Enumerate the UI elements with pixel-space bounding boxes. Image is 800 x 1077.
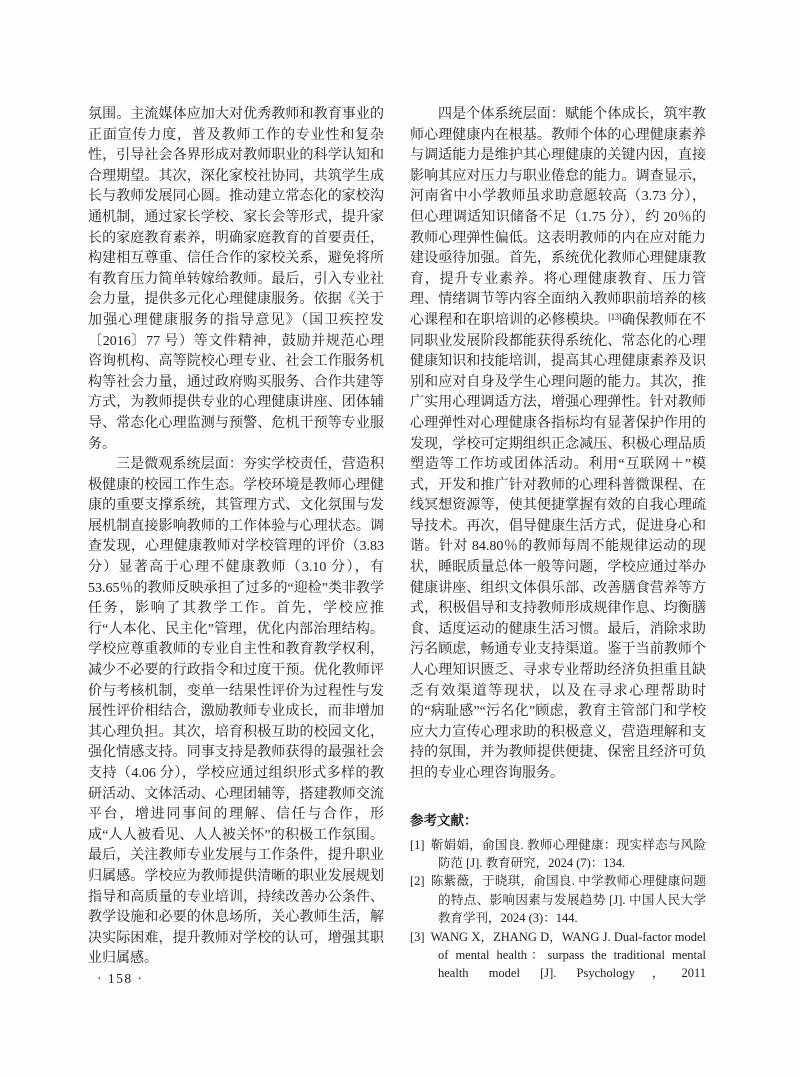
references-heading: 参考文献： bbox=[410, 812, 706, 830]
body-paragraph-individual-system: 四是个体系统层面：赋能个体成长，筑牢教师心理健康内在根基。教师个体的心理健康素养… bbox=[410, 105, 706, 785]
reference-text: 陈紫薇，于晓琪，俞国良. 中学教师心理健康问题的特点、影响因素与发展趋势 [J]… bbox=[431, 874, 706, 925]
paragraph-text-before-citation: 四是个体系统层面：赋能个体成长，筑牢教师心理健康内在根基。教师个体的心理健康素养… bbox=[410, 107, 706, 328]
reference-number: [3] bbox=[410, 930, 425, 944]
reference-number: [1] bbox=[410, 838, 425, 852]
left-column: 氛围。主流媒体应加大对优秀教师和教育事业的正面宣传力度，普及教师工作的专业性和复… bbox=[88, 105, 384, 970]
page-number: · 158 · bbox=[97, 971, 144, 987]
right-column: 四是个体系统层面：赋能个体成长，筑牢教师心理健康内在根基。教师个体的心理健康素养… bbox=[410, 105, 706, 983]
paragraph-text-after-citation: 确保教师在不同职业发展阶段都能获得系统化、常态化的心理健康知识和技能培训，提高其… bbox=[410, 313, 706, 781]
reference-item: [3]WANG X，ZHANG D，WANG J. Dual-factor mo… bbox=[410, 928, 706, 983]
body-paragraph-micro-system: 三是微观系统层面：夯实学校责任，营造积极健康的校园工作生态。学校环境是教师心理健… bbox=[88, 455, 384, 970]
reference-item: [1]靳娟娟，俞国良. 教师心理健康：现实样态与风险防范 [J]. 教育研究，2… bbox=[410, 836, 706, 873]
references-list: [1]靳娟娟，俞国良. 教师心理健康：现实样态与风险防范 [J]. 教育研究，2… bbox=[410, 836, 706, 983]
paper-page: 氛围。主流媒体应加大对优秀教师和教育事业的正面宣传力度，普及教师工作的专业性和复… bbox=[0, 0, 800, 1077]
reference-number: [2] bbox=[410, 874, 425, 888]
reference-text: 靳娟娟，俞国良. 教师心理健康：现实样态与风险防范 [J]. 教育研究，2024… bbox=[431, 838, 706, 870]
citation-marker: [13] bbox=[608, 312, 621, 322]
reference-text: WANG X，ZHANG D，WANG J. Dual-factor model… bbox=[431, 930, 706, 981]
reference-item: [2]陈紫薇，于晓琪，俞国良. 中学教师心理健康问题的特点、影响因素与发展趋势 … bbox=[410, 872, 706, 927]
body-paragraph-continuation: 氛围。主流媒体应加大对优秀教师和教育事业的正面宣传力度，普及教师工作的专业性和复… bbox=[88, 105, 384, 455]
